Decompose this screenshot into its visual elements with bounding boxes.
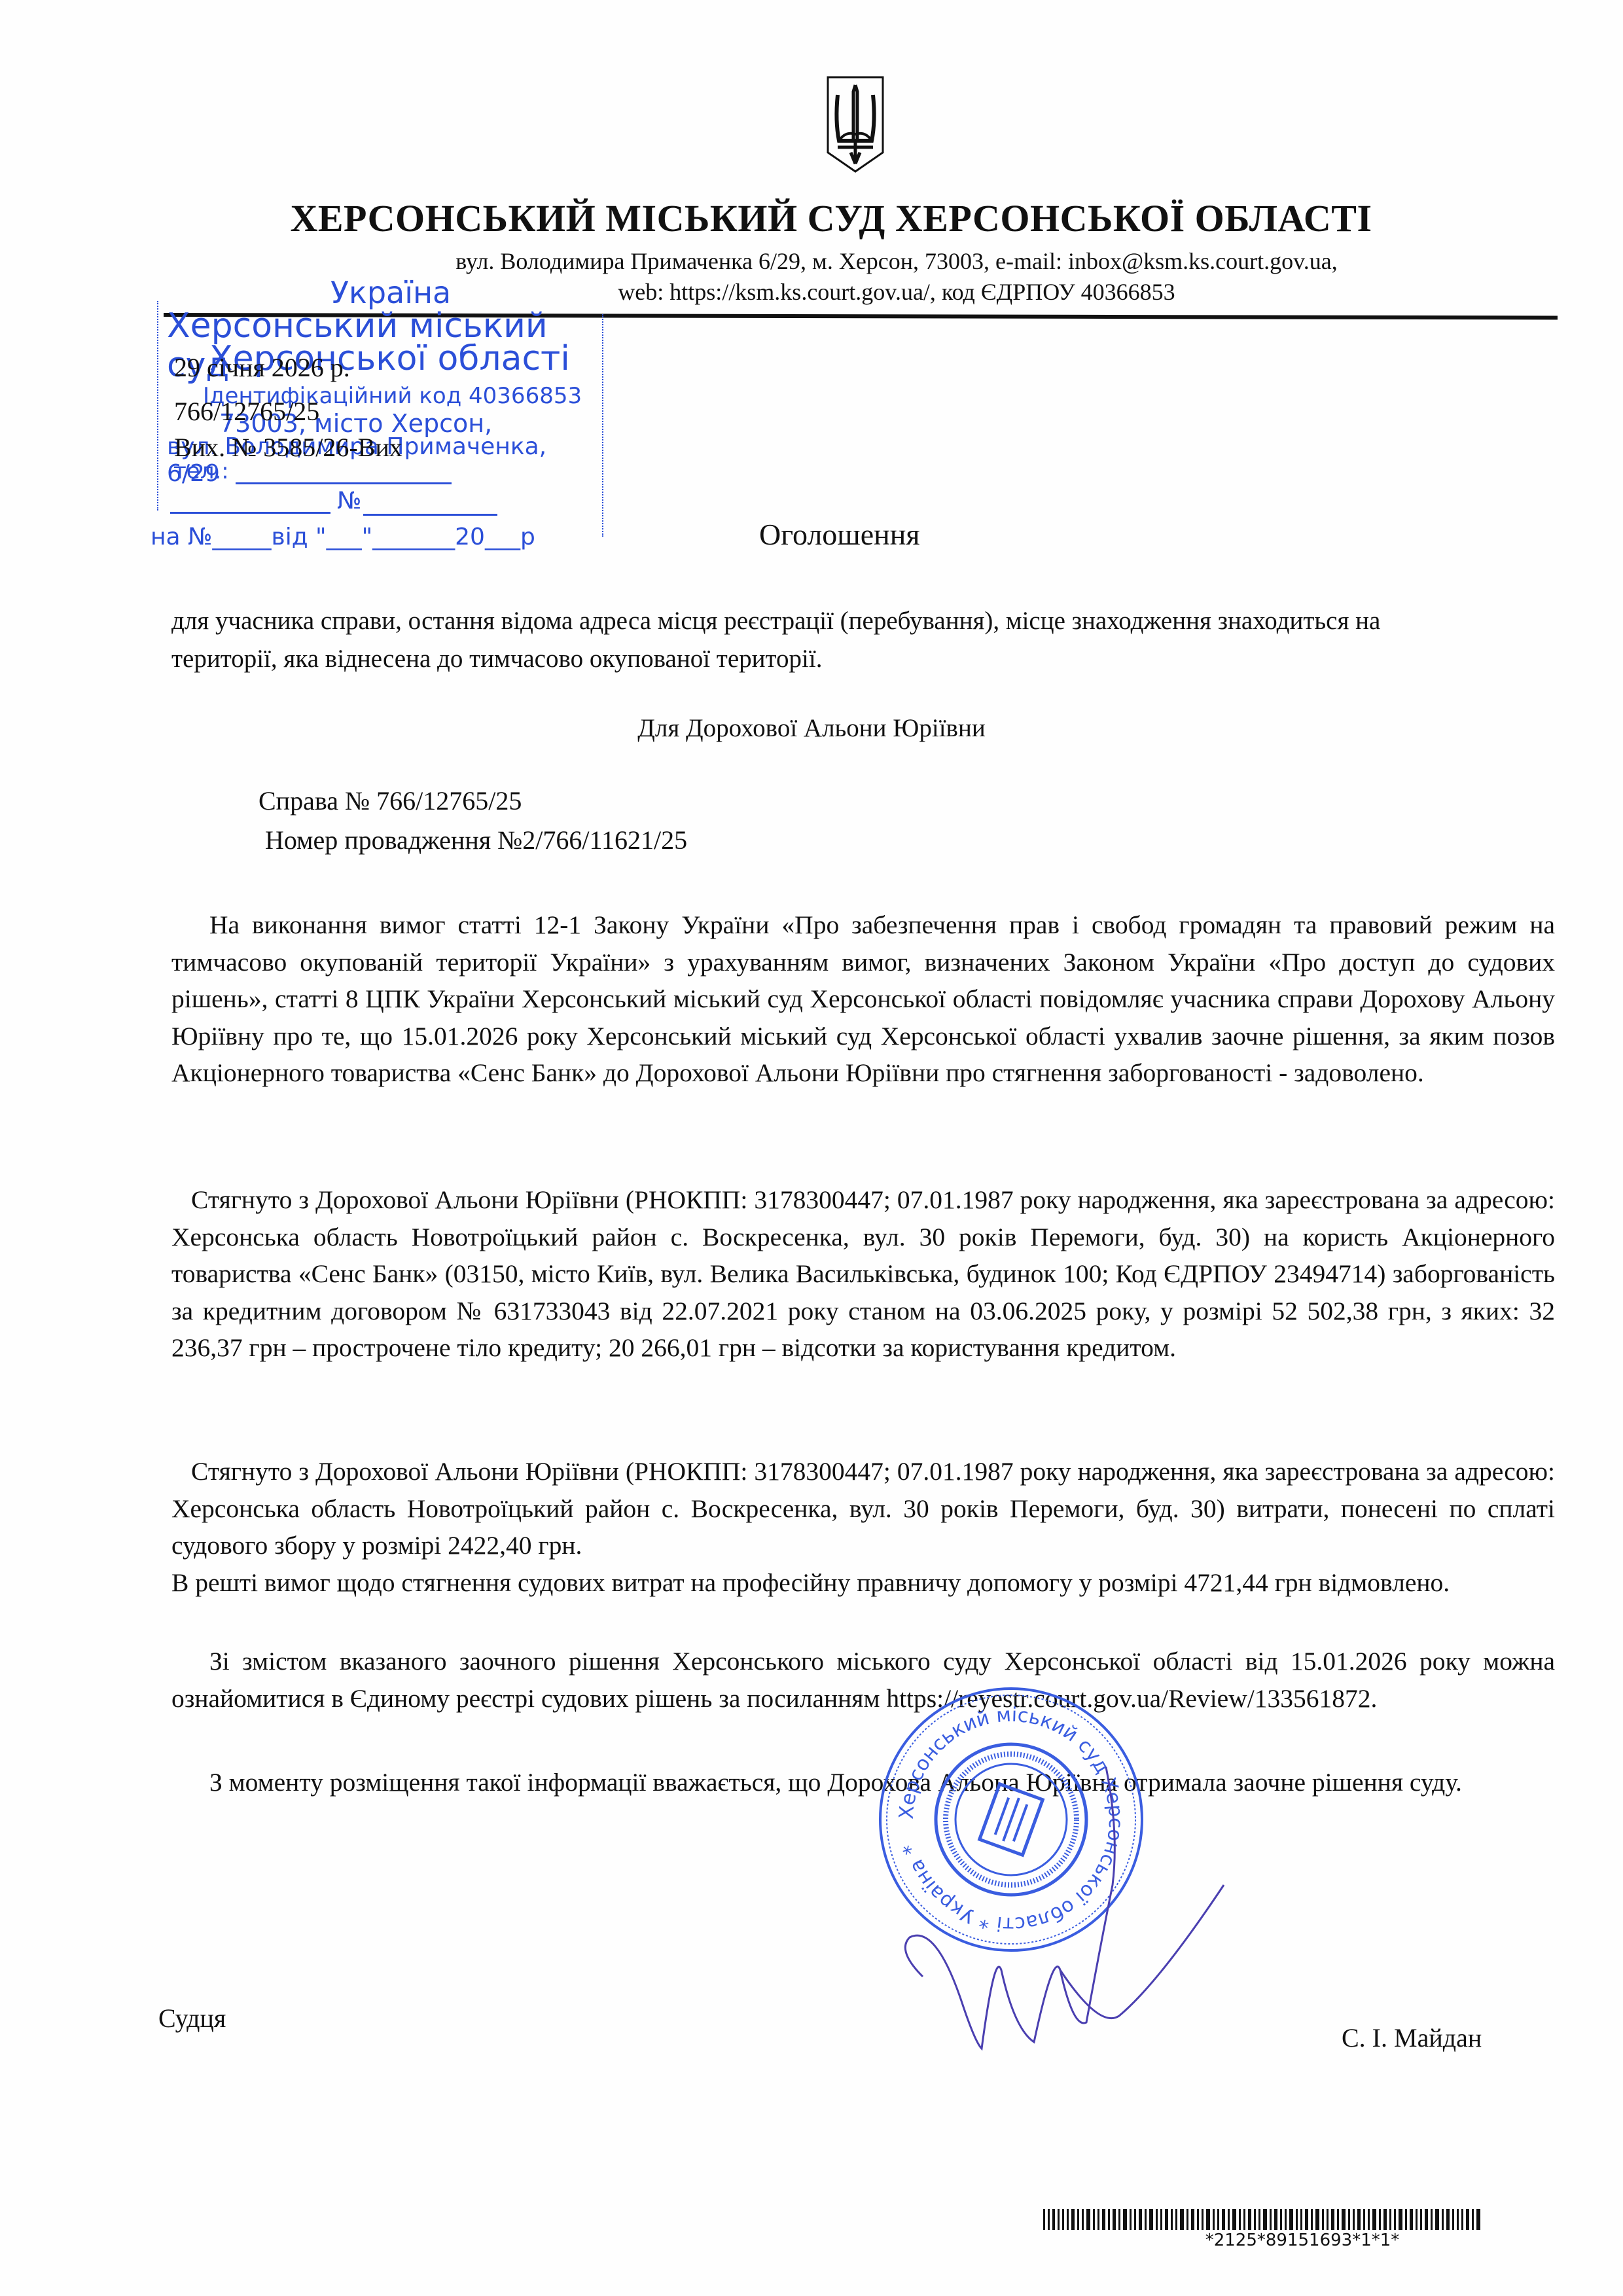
coat-of-arms-icon xyxy=(826,75,885,173)
case-number: Справа № 766/12765/25 xyxy=(259,785,522,816)
registration-date: 29 січня 2026 р. xyxy=(174,352,350,383)
judge-signature xyxy=(883,1754,1250,2055)
outgoing-number: Вих. № 3585/26-Вих xyxy=(174,432,402,463)
judge-role: Судця xyxy=(158,2003,226,2034)
paragraph-notice: На виконання вимог статті 12-1 Закону Ук… xyxy=(171,906,1555,1092)
document-barcode xyxy=(1043,2209,1563,2230)
stamp-number-label: № xyxy=(337,488,361,514)
proceeding-number: Номер провадження №2/766/11621/25 xyxy=(265,825,687,855)
intro-text: для учасника справи, остання відома адре… xyxy=(171,602,1428,678)
stamp-border-left xyxy=(157,301,160,511)
registration-case-number: 766/12765/25 xyxy=(174,396,319,427)
paragraph-court-fee: Стягнуто з Дорохової Альони Юріївни (РНО… xyxy=(171,1453,1555,1564)
recipient: Для Дорохової Альони Юріївни xyxy=(157,713,1466,743)
judge-name: С. І. Майдан xyxy=(1342,2022,1482,2053)
stamp-line xyxy=(363,514,497,516)
document-page: ХЕРСОНСЬКИЙ МІСЬКИЙ СУД ХЕРСОНСЬКОЇ ОБЛА… xyxy=(0,0,1623,2296)
paragraph-received: З моменту розміщення такої інформації вв… xyxy=(171,1764,1555,1801)
paragraph-refused: В решті вимог щодо стягнення судових вит… xyxy=(171,1564,1555,1602)
court-name: ХЕРСОНСЬКИЙ МІСЬКИЙ СУД ХЕРСОНСЬКОЇ ОБЛА… xyxy=(196,196,1466,240)
paragraph-registry-link: Зі змістом вказаного заочного рішення Хе… xyxy=(171,1643,1555,1717)
stamp-line xyxy=(170,512,330,514)
document-title: Оголошення xyxy=(759,517,920,552)
stamp-line xyxy=(236,482,452,484)
stamp-reply-line: на №_____від "___"_______20___р xyxy=(151,524,535,550)
stamp-country: Україна xyxy=(330,275,451,310)
barcode-number: *2125*89151693*1*1* xyxy=(1099,2231,1505,2250)
paragraph-debt-recovery: Стягнуто з Дорохової Альони Юріївни (РНО… xyxy=(171,1181,1555,1367)
